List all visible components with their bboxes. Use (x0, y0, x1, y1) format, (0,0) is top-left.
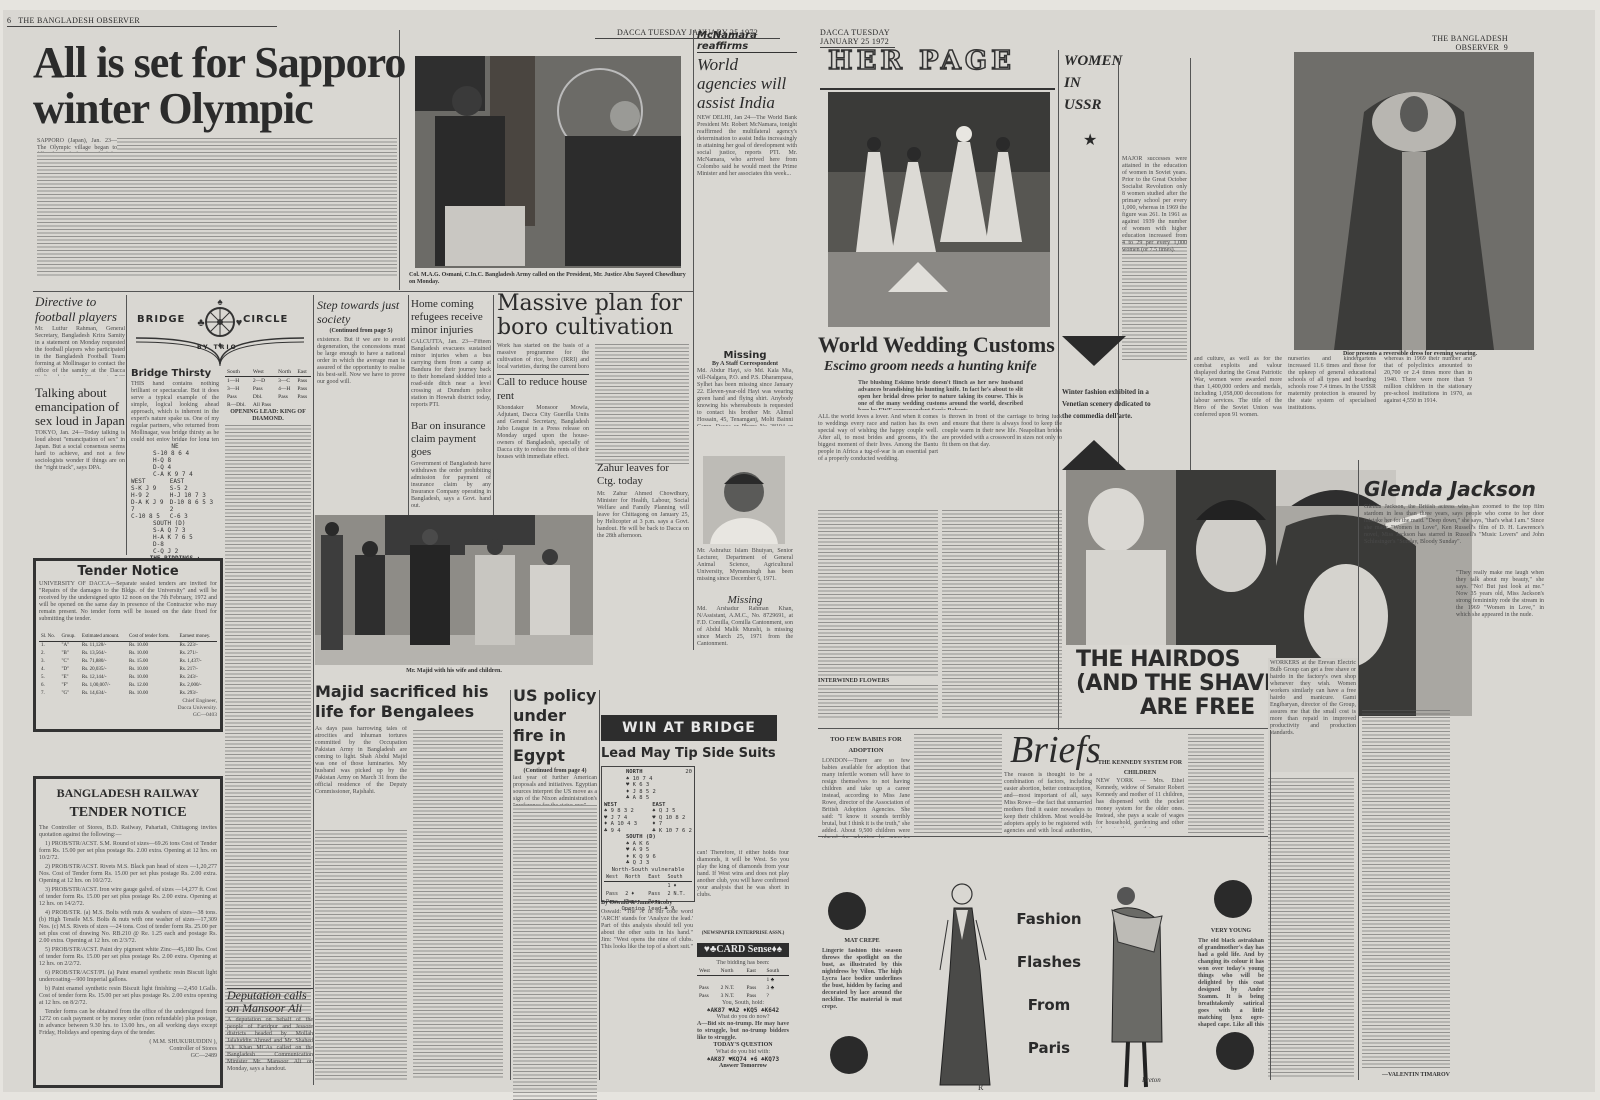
family-photo-caption: Mr. Majid with his wife and children. (315, 668, 593, 675)
women-ussr-body-3: nurseries and kindergartens increased 11… (1288, 356, 1376, 452)
column-rule (493, 295, 494, 515)
wedding-body-cont-2 (942, 510, 1062, 720)
list-item: b) Paint enamel synthetic resin Biscuit … (39, 986, 217, 1007)
house-rent-article: Call to reduce house rent Khondaker Mons… (497, 374, 589, 493)
astrakhan-coat-illustration: Breton (1102, 882, 1172, 1100)
column-rule (599, 690, 600, 1080)
win-bridge-article: By Oswald & James Jacoby Oswald: "The 'A… (601, 900, 693, 1089)
list-item: 2) PROB/STR/ACST. Rivets M.S. Black pan … (39, 864, 217, 885)
table-row: 3."C"Rs. 71,880/-Rs. 15.00Rs. 1,437/- (39, 658, 217, 666)
boro-body: Work has started on the basis of a massi… (497, 343, 589, 369)
mat-crepe-title: MAT CREPE (822, 938, 902, 945)
mat-crepe-caption: MAT CREPE Lingerie fashion this season t… (822, 938, 902, 1016)
column-rule (1270, 730, 1271, 1080)
column-rule (510, 690, 511, 1080)
table-row: 2."B"Rs. 13,564/-Rs. 10.00Rs. 271/- (39, 650, 217, 658)
paper-name: THE BANGLADESH OBSERVER (18, 16, 140, 25)
mcnamara-article: McNamara reaffirms World agencies will a… (697, 30, 797, 325)
column-rule (408, 295, 409, 515)
decorative-dot-icon (1214, 880, 1252, 918)
answer-tomorrow: Answer Tomorrow (697, 1063, 789, 1070)
us-policy-article: US policy under fire in Egypt (Continued… (513, 686, 597, 1100)
just-society-article: Step towards just society (Continued fro… (317, 298, 405, 497)
very-young-title: VERY YOUNG (1198, 928, 1264, 935)
missing-article-1: Missing By A Staff Correspondent Md. Abd… (697, 350, 793, 426)
japan-headline: Talking about emancipation of sex loud i… (35, 386, 125, 428)
women-ussr-body-cont (1122, 240, 1187, 360)
page-number: 6 (7, 16, 11, 25)
column-rule (693, 500, 694, 650)
right-newspaper-page: DACCA TUESDAY JANUARY 25 1972 THE BANGLA… (800, 10, 1595, 1092)
table-row: 6."F"Rs. 1,00,007/-Rs. 12.00Rs. 2,000/- (39, 682, 217, 690)
japan-body: TOKYO, Jan. 24—Today talking is loud abo… (35, 430, 125, 560)
president-photo-caption: Col. M.A.G. Osmani, C.In.C. Bangladesh A… (409, 272, 689, 286)
zahur-headline: Zahur leaves for Ctg. today (597, 462, 689, 488)
refugees-article: Home coming refugees receive minor injur… (411, 298, 491, 409)
bridge-deal-diagram: NE S-10 8 6 4H-Q 8 D-Q 4C-A K 9 7 4 WEST… (131, 443, 219, 562)
decorative-dot-icon (830, 1036, 868, 1074)
wedding-intro: The blushing Eskimo bride doesn't flinch… (858, 380, 1023, 410)
bridge-opening-lead: OPENING LEAD: KING OF DIAMOND. (225, 409, 311, 423)
venetian-fashion-photo (828, 92, 1050, 327)
briefs-body-2: The reason is thought to be a combinatio… (1004, 772, 1092, 834)
kennedy-body: NEW YORK — Mrs. Ethel Kennedy, widow of … (1096, 778, 1184, 828)
us-policy-body-cont (513, 805, 597, 1100)
todays-question-label: TODAY'S QUESTION (697, 1042, 789, 1049)
column-rule (126, 295, 127, 555)
win-bridge-body-2: can! Therefore, if either holds four dia… (697, 850, 789, 930)
table-row: 1."A"Rs. 11,120/-Rs. 10.00Rs. 223/- (39, 642, 217, 651)
deputation-article: Deputation calls on Mansoor Ali A deputa… (227, 988, 313, 1077)
zahur-article: Zahur leaves for Ctg. today Mr. Zahur Ah… (597, 462, 689, 646)
sapporo-headline: All is set for Sapporo winter Olympic (33, 40, 405, 132)
boro-body-continued (595, 344, 689, 464)
hairdos-body-cont-2 (1362, 710, 1450, 1070)
deputation-body: A deputation on behalf of the people of … (227, 1017, 313, 1077)
card-sense-answer: A—Bid six no-trump. He may have to strug… (697, 1021, 789, 1042)
bridge-bidding-table: SouthWestNorthEast 1—H2—D3—CPass 3—HPass… (225, 368, 311, 409)
table-row: 5."E"Rs. 12,144/-Rs. 10.00Rs. 243/- (39, 674, 217, 682)
glenda-body-2: "They really make me laugh when they tal… (1456, 570, 1544, 1070)
majid-body-cont (315, 830, 407, 1080)
list-item: 6) PROB/STR/ACST/PI. (a) Paint enamel sy… (39, 970, 217, 984)
card-sense-bidding: WestNorthEastSouth 1 ♣ Pass2 N.T.Pass3 ♣… (697, 967, 789, 1000)
card-sense-hand: ♠AK87 ♥A2 ♦KQ5 ♣K642 (697, 1007, 789, 1014)
left-newspaper-page: 6 THE BANGLADESH OBSERVER DACCA TUESDAY … (3, 10, 800, 1092)
svg-text:♣: ♣ (197, 317, 204, 329)
decorative-dot-icon (1216, 1032, 1254, 1070)
right-dateline: DACCA TUESDAY JANUARY 25 1972 (820, 28, 895, 48)
decorative-dot-icon (828, 892, 866, 930)
left-folio: 6 THE BANGLADESH OBSERVER (7, 16, 277, 27)
svg-text:R: R (978, 1083, 984, 1092)
briefs-adoption-tail (1096, 734, 1184, 758)
mcnamara-body: NEW DELHI, Jan 24—The World Bank Preside… (697, 115, 797, 325)
us-policy-headline: US policy under fire in Egypt (513, 686, 597, 766)
hairdos-byline: —VALENTIN TIMAROV (1362, 1072, 1450, 1079)
mat-crepe-body: Lingerie fashion this season throws the … (822, 948, 902, 1016)
railway-tender-notice: BANGLADESH RAILWAY TENDER NOTICE The Con… (33, 776, 223, 1088)
majid-body-cont-2 (413, 730, 503, 1080)
railway-title-1: BANGLADESH RAILWAY (39, 786, 217, 801)
house-rent-headline: Call to reduce house rent (497, 375, 589, 403)
insurance-body: Government of Bangladesh have withdrawn … (411, 461, 491, 516)
nightdress-illustration: R (932, 880, 994, 1100)
win-bridge-body-top (697, 766, 789, 826)
missing-headline-2: Missing (697, 594, 793, 606)
japan-article: Talking about emancipation of sex loud i… (35, 386, 125, 560)
win-bridge-body: Oswald: "The 'A' in our code word 'ARCH'… (601, 909, 693, 1089)
glenda-body: Glenda Jackson, the British actress who … (1364, 504, 1544, 574)
table-row: 4."D"Rs. 20,035/-Rs. 10.00Rs. 217/- (39, 666, 217, 674)
venetian-caption: Winter fashion exhibited in a Venetian s… (1062, 386, 1157, 422)
briefs-body-cont (914, 734, 1002, 834)
card-sense-hold: You, South, hold: (697, 1000, 789, 1007)
mcnamara-headline: World agencies will assist India (697, 55, 797, 112)
missing-byline: By A Staff Correspondent (697, 361, 793, 368)
bridge-bidding-column: SouthWestNorthEast 1—H2—D3—CPass 3—HPass… (225, 368, 311, 1065)
president-meeting-photo (415, 56, 681, 268)
card-sense-banner: ♥♣CARD Sense♦♠ (697, 943, 789, 957)
railway-intro: The Controller of Stores, B.D. Railway, … (39, 825, 217, 839)
us-policy-body: last year of further American proposals … (513, 775, 597, 805)
decorative-triangle-up-icon (1062, 440, 1126, 470)
just-society-headline: Step towards just society (317, 298, 405, 326)
list-item: 3) PROB/STR/ACST. Iron wire gauge galvd.… (39, 887, 217, 908)
too-few-babies-body: LONDON—There are so few babies available… (822, 758, 910, 838)
hairdos-body: WORKERS at the Erevan Electric Bulb Grou… (1268, 658, 1358, 772)
todays-question: What do you bid with: (697, 1049, 789, 1056)
win-bridge-deal-box: NORTH20 ♠ 10 7 4♥ K 6 3♦ J 8 5 2♣ A 8 5 … (601, 766, 695, 902)
railway-title-2: TENDER NOTICE (39, 805, 217, 821)
refugees-headline: Home coming refugees receive minor injur… (411, 298, 491, 337)
star-icon: ★ (1083, 130, 1097, 150)
column-rule (693, 30, 694, 500)
card-sense-intro: The bidding has been: (697, 960, 789, 967)
decorative-triangle-down-icon (1062, 336, 1126, 366)
zahur-body: Mr. Zahur Ahmed Chowdhury, Minister for … (597, 491, 689, 646)
women-ussr-headline: WOMEN IN USSR (1064, 50, 1124, 116)
sapporo-lead-text: SAPPORO (Japan), Jan. 23—The Olympic vil… (37, 138, 117, 152)
bridge-circle-logo: ♠ ♣ ♥ ♦ BRIDGE CIRCLE BY TRIO (131, 296, 309, 366)
bridge-logo-byline: BY TRIO (197, 344, 238, 351)
tender-table: Sl. No.Group.Estimated amount.Cost of te… (39, 633, 217, 698)
win-at-bridge-banner: WIN AT BRIDGE (601, 715, 777, 741)
tender-signatory: Chief Engineer, Dacca University. GC—040… (39, 698, 217, 719)
briefs-title: Briefs (1010, 730, 1101, 770)
missing-body-1: Md. Abdur Hayi, s/o Md. Kala Mia, vill-N… (697, 368, 793, 426)
nea-credit: (NEWSPAPER ENTERPRISE ASSN.) (697, 930, 789, 937)
svg-text:Breton: Breton (1142, 1076, 1161, 1084)
column-rule (1358, 460, 1359, 1080)
women-ussr-body-4: whereas in 1969 their number and that of… (1384, 356, 1472, 452)
glenda-jackson-article: Glenda Jackson Glenda Jackson, the Briti… (1364, 478, 1544, 574)
svg-text:♥: ♥ (236, 317, 243, 329)
very-young-caption: VERY YOUNG The old black astrakhan of gr… (1198, 928, 1264, 1028)
bridge-thirsty-headline: Bridge Thirsty (131, 368, 219, 379)
list-item: 5) PROB/STR/ACST. Paint dry pigment whit… (39, 947, 217, 968)
railway-items-list: 1) PROB/STR/ACST. S.M. Round of sizes—69… (39, 841, 217, 1039)
majid-body: As days pass harrowing tales of atrociti… (315, 726, 407, 816)
continued-note: (Continued from page 4) (513, 768, 597, 775)
briefs-item-1: TOO FEW BABIES FOR ADOPTION LONDON—There… (822, 734, 910, 838)
hairdos-body-cont (1268, 778, 1354, 1078)
dior-dress-photo (1294, 52, 1534, 350)
tender-title: Tender Notice (39, 564, 217, 579)
railway-closing: Tender forms can be obtained from the of… (39, 1009, 217, 1037)
football-article: Directive to football players Mr. Lutfur… (35, 294, 125, 376)
just-society-body: existence. But if we are to avoid degene… (317, 337, 405, 497)
fashion-flashes-headline: Fashion Flashes From Paris (1004, 898, 1094, 1070)
boro-headline: Massive plan for boro cultivation (497, 292, 689, 340)
missing-article-2: Missing Md. Arshadur Rahman Khan, N/Assi… (697, 594, 793, 654)
barber-photo (1066, 470, 1276, 645)
kennedy-body-cont (1188, 734, 1264, 834)
refugees-body: CALCUTTA, Jan. 23—Fifteen Bangladesh eva… (411, 339, 491, 409)
deputation-headline: Deputation calls on Mansoor Ali (227, 989, 313, 1015)
card-sense-question: What do you do now? (697, 1014, 789, 1021)
too-few-babies-headline: TOO FEW BABIES FOR ADOPTION (822, 734, 910, 756)
masthead-rule (820, 88, 1055, 90)
list-item: 1) PROB/STR/ACST. S.M. Round of sizes—69… (39, 841, 217, 862)
football-headline: Directive to football players (35, 294, 125, 324)
jacoby-byline: By Oswald & James Jacoby (601, 900, 693, 907)
win-bridge-article-cont: can! Therefore, if either holds four dia… (697, 766, 789, 1070)
missing-headline-1: Missing (697, 350, 793, 361)
column-rule (313, 295, 314, 1085)
house-rent-body: Khondaker Monsoor Mowla, Adjutant, Dacca… (497, 405, 589, 493)
insurance-headline: Bar on insurance claim payment goes (411, 420, 491, 459)
portrait-caption: Mr. Ashrafuz Islam Bhuiyan, Senior Lectu… (697, 548, 793, 590)
railway-signatory: ( M.M. SHUKURUDDIN ), Controller of Stor… (39, 1039, 217, 1060)
section-rule (818, 836, 1268, 837)
missing-person-portrait (703, 456, 785, 544)
majid-family-photo (315, 515, 593, 665)
her-page-masthead: HER PAGE (828, 46, 1048, 76)
wedding-body-cont (818, 510, 938, 720)
interwined-flowers-subhead: INTERWINED FLOWERS (818, 678, 938, 685)
wedding-headline: World Wedding Customs (818, 332, 1063, 358)
bridge-logo-right-text: CIRCLE (243, 314, 288, 325)
dacca-university-tender-notice: Tender Notice UNIVERSITY OF DACCA—Separa… (33, 558, 223, 732)
bridge-thirsty-body: THIS hand contains nothing brilliant or … (131, 381, 219, 441)
insurance-article: Bar on insurance claim payment goes Gove… (411, 420, 491, 516)
todays-question-hand: ♠AK87 ♥KQ74 ♦6 ♣KQ73 (697, 1056, 789, 1063)
lead-may-tip-headline: Lead May Tip Side Suits (601, 746, 791, 761)
right-folio: THE BANGLADESH OBSERVER 9 (1428, 34, 1508, 54)
svg-text:♠: ♠ (217, 297, 223, 308)
missing-body-2: Md. Arshadur Rahman Khan, N/Assistant, A… (697, 606, 793, 654)
football-body: Mr. Lutfur Rahman, General Secretary, Ba… (35, 326, 125, 376)
tender-body: UNIVERSITY OF DACCA—Separate sealed tend… (39, 581, 217, 631)
list-item: 4) PROB/STR. (a) M.S. Bolts with nuts & … (39, 910, 217, 945)
briefs-item-2: THE KENNEDY SYSTEM FOR CHILDREN NEW YORK… (1096, 734, 1184, 828)
glenda-headline: Glenda Jackson (1364, 478, 1544, 500)
boro-article: Massive plan for boro cultivation Work h… (497, 292, 689, 369)
kennedy-headline: THE KENNEDY SYSTEM FOR CHILDREN (1096, 758, 1184, 778)
table-row: 7."G"Rs. 14,634/-Rs. 10.00Rs. 293/- (39, 690, 217, 698)
wedding-subhead: Escimo groom needs a hunting knife (824, 358, 1063, 376)
bridge-thirsty-article: Bridge Thirsty THIS hand contains nothin… (131, 368, 219, 562)
column-rule (1190, 58, 1191, 478)
bridge-analysis-body (225, 425, 311, 1065)
sapporo-article-body (37, 138, 397, 278)
majid-headline: Majid sacrificed his life for Bengalees (315, 682, 505, 722)
very-young-body: The old black astrakhan of grandmother's… (1198, 938, 1264, 1028)
bridge-logo-left-text: BRIDGE (137, 314, 185, 325)
mcnamara-kicker: McNamara reaffirms (697, 30, 797, 53)
continued-note: (Continued from page 5) (317, 328, 405, 335)
women-ussr-body-2: and culture, as well as for the combat e… (1194, 356, 1282, 452)
